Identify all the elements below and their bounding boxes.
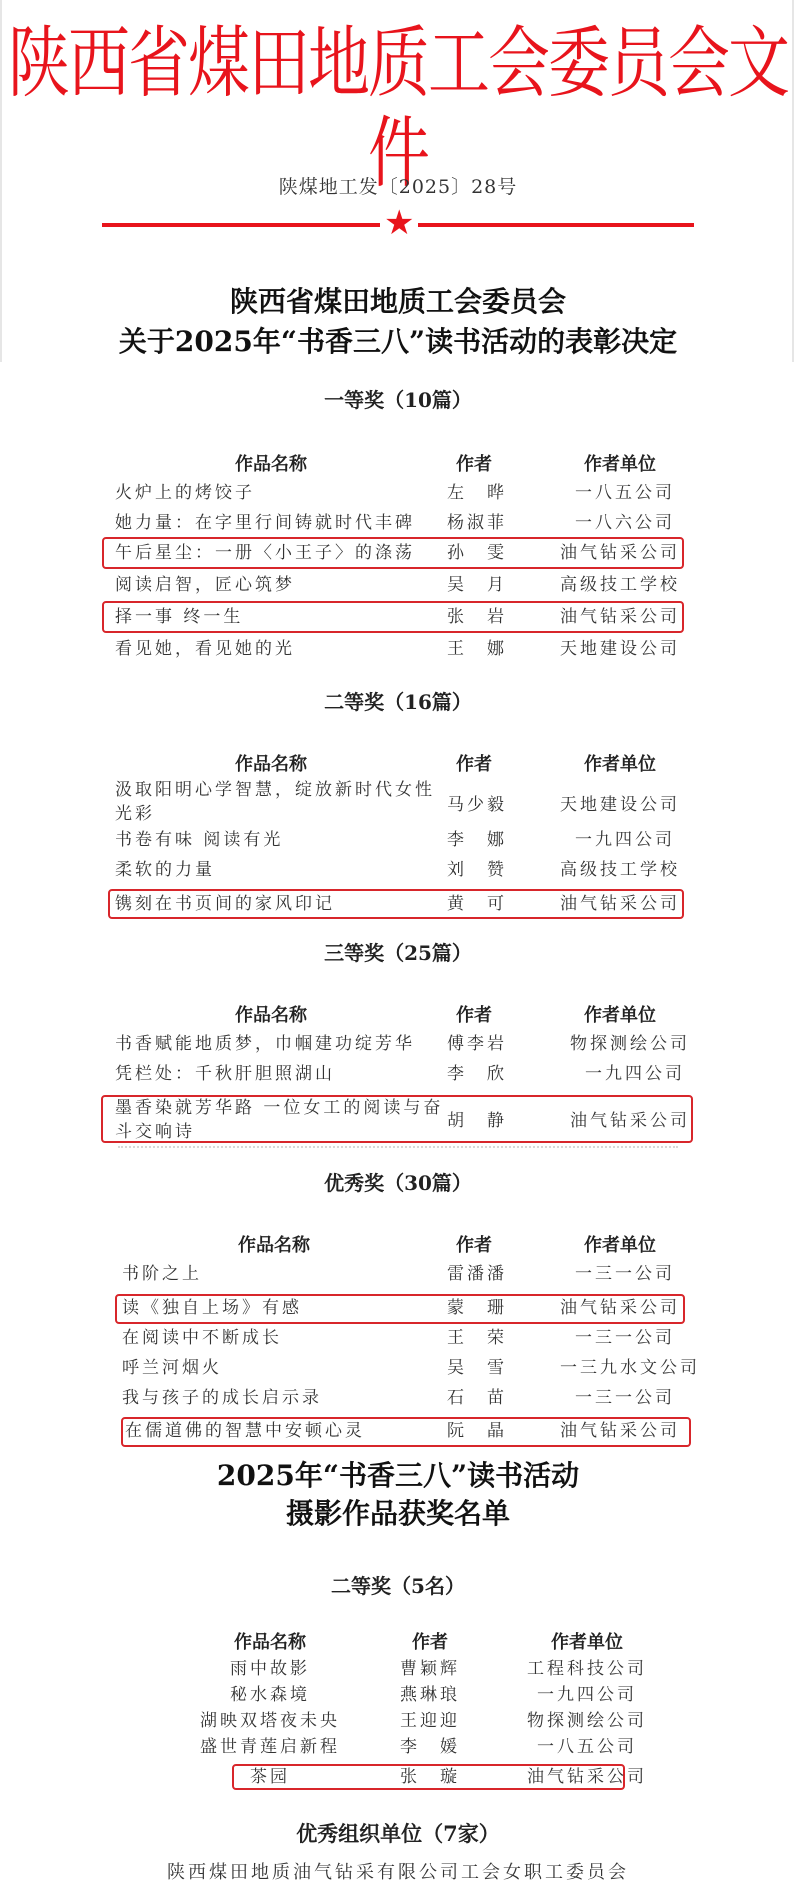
table-row-work: 呼兰河烟火 [122,1353,222,1383]
award-heading-third: 三等奖（25篇） [0,937,796,966]
table-row-work: 午后星尘：一册〈小王子〉的涤荡 [115,538,415,568]
doc-title-line2: 关于2025年“书香三八”读书活动的表彰决定 [0,318,796,366]
table-row-unit: 油气钻采公司 [560,1416,675,1446]
col-header-author: 作者 [456,1001,492,1027]
star-icon: ★ [384,206,414,240]
table-row-unit: 一三一公司 [560,1259,675,1289]
table-row-work: 茶园 [190,1762,350,1792]
table-row-unit: 天地建设公司 [560,790,675,820]
award-heading-photo-second: 二等奖（5名） [0,1570,796,1599]
photo-title-line2: 摄影作品获奖名单 [0,1490,796,1538]
table-row-author: 蒙 珊 [447,1293,537,1323]
col-header-unit: 作者单位 [584,750,656,776]
table-row-author: 雷潘潘 [447,1259,537,1289]
table-row-author: 王 娜 [447,634,537,664]
table-row-work: 火炉上的烤饺子 [115,478,255,508]
table-row-unit: 一三一公司 [560,1323,675,1353]
col-header-work: 作品名称 [190,1628,350,1654]
table-row-unit: 一九四公司 [570,1059,685,1089]
table-row-unit: 一九四公司 [560,825,675,855]
col-header-work: 作品名称 [235,450,307,476]
table-row-work: 书香赋能地质梦，巾帼建功绽芳华 [115,1029,415,1059]
table-row-author: 孙 雯 [447,538,537,568]
table-row-unit: 油气钻采公司 [570,1106,685,1136]
table-row-work: 盛世青莲启新程 [190,1732,350,1762]
col-header-unit: 作者单位 [584,1001,656,1027]
table-row-work: 书卷有味 阅读有光 [115,825,283,855]
table-row-unit: 油气钻采公司 [560,889,675,919]
award-heading-excellent: 优秀奖（30篇） [0,1167,796,1196]
table-row-author: 张 璇 [385,1762,475,1792]
table-row-work: 墨香染就芳华路 一位女工的阅读与奋斗交响诗 [115,1096,445,1144]
table-row-author: 杨淑菲 [447,508,537,538]
table-row-work: 书阶之上 [122,1259,202,1289]
doc-number: 陕煤地工发〔2025〕28号 [0,172,796,199]
table-row-author: 吴 月 [447,570,537,600]
table-row-author: 阮 晶 [447,1416,537,1446]
organization-item: 陕西煤田地质油气钻采有限公司工会女职工委员会 [0,1858,796,1888]
cropped-row [118,1146,678,1154]
table-row-work: 我与孩子的成长启示录 [122,1383,322,1413]
table-row-author: 刘 赞 [447,855,537,885]
col-header-work: 作品名称 [235,1001,307,1027]
table-row-author: 马少毅 [447,790,537,820]
table-row-author: 吴 雪 [447,1353,537,1383]
issuer-banner: 陕西省煤田地质工会委员会文件 [0,18,796,198]
table-row-work: 读《独自上场》有感 [122,1293,302,1323]
col-header-work: 作品名称 [235,750,307,776]
col-header-author: 作者 [456,450,492,476]
table-row-work: 她力量：在字里行间铸就时代丰碑 [115,508,415,538]
col-header-unit: 作者单位 [517,1628,657,1654]
table-row-author: 王 荣 [447,1323,537,1353]
table-row-unit: 一八六公司 [560,508,675,538]
table-row-work: 看见她，看见她的光 [115,634,295,664]
table-row-unit: 一八五公司 [560,478,675,508]
table-row-work: 阅读启智，匠心筑梦 [115,570,295,600]
table-row-author: 黄 可 [447,889,537,919]
table-row-unit: 一八五公司 [517,1732,657,1762]
col-header-unit: 作者单位 [584,450,656,476]
table-row-unit: 油气钻采公司 [560,538,675,568]
award-heading-organizations: 优秀组织单位（7家） [0,1818,796,1848]
red-rule-right [418,223,694,227]
table-row-unit: 油气钻采公司 [517,1762,657,1792]
table-row-unit: 油气钻采公司 [560,1293,675,1323]
table-row-unit: 物探测绘公司 [570,1029,685,1059]
table-row-unit: 高级技工学校 [560,570,675,600]
table-row-author: 左 晔 [447,478,537,508]
red-rule-left [102,223,380,227]
table-row-unit: 一三一公司 [560,1383,675,1413]
table-row-unit: 一三九水文公司 [560,1353,675,1383]
table-row-unit: 油气钻采公司 [560,602,675,632]
table-row-author: 石 苗 [447,1383,537,1413]
table-row-work: 凭栏处：千秋肝胆照湖山 [115,1059,335,1089]
table-row-unit: 高级技工学校 [560,855,675,885]
table-row-work: 柔软的力量 [115,855,215,885]
table-row-author: 张 岩 [447,602,537,632]
table-row-work: 在阅读中不断成长 [122,1323,282,1353]
table-row-unit: 天地建设公司 [560,634,675,664]
award-heading-second: 二等奖（16篇） [0,686,796,715]
table-row-work: 在儒道佛的智慧中安顿心灵 [125,1416,365,1446]
table-row-author: 胡 静 [447,1106,537,1136]
table-row-author: 傅李岩 [447,1029,537,1059]
table-row-work: 镌刻在书页间的家风印记 [115,889,335,919]
award-heading-first: 一等奖（10篇） [0,384,796,413]
table-row-author: 李 欣 [447,1059,537,1089]
table-row-work: 汲取阳明心学智慧，绽放新时代女性光彩 [115,778,445,826]
col-header-unit: 作者单位 [584,1231,656,1257]
table-row-work: 择一事 终一生 [115,602,243,632]
col-header-author: 作者 [456,1231,492,1257]
table-row-author: 李 媛 [385,1732,475,1762]
col-header-work: 作品名称 [238,1231,310,1257]
col-header-author: 作者 [385,1628,475,1654]
col-header-author: 作者 [456,750,492,776]
table-row-author: 李 娜 [447,825,537,855]
